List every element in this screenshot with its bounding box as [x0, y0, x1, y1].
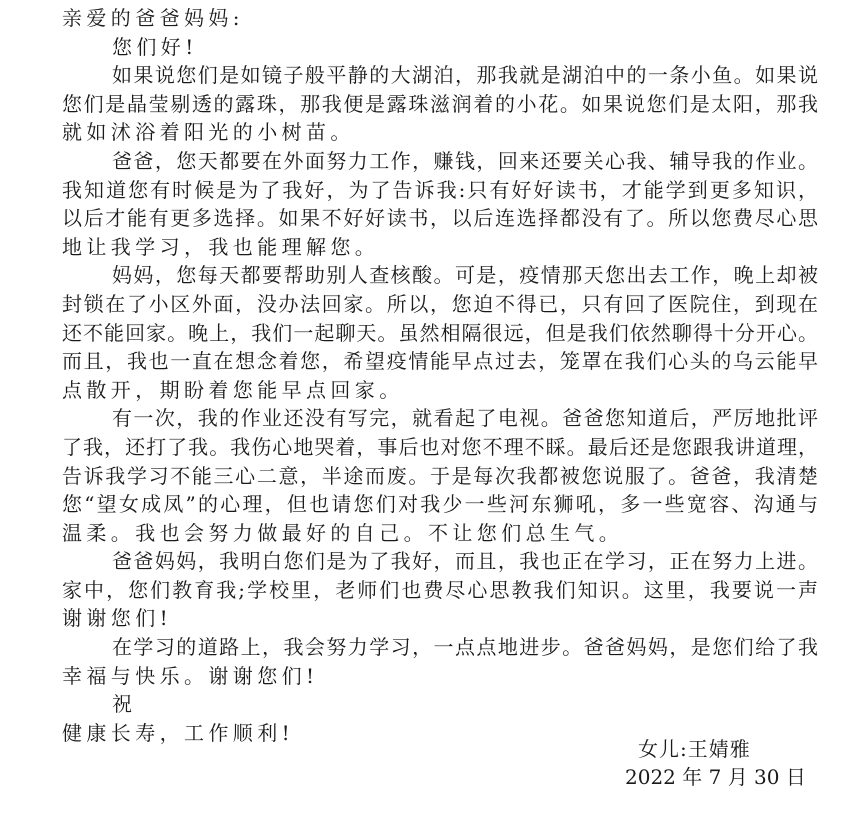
paragraph-line: 您们是晶莹剔透的露珠，那我便是露珠滋润着的小花。如果说您们是太阳，那我 — [62, 90, 818, 119]
paragraph-5: 爸爸妈妈，我明白您们是为了我好，而且，我也正在学习，正在努力上进。 家中，您们教… — [62, 547, 818, 633]
paragraph-line: 就如沭浴着阳光的小树苗。 — [62, 118, 818, 147]
paragraph-line: 爸爸，您天都要在外面努力工作，赚钱，回来还要关心我、辅导我的作业。 — [62, 147, 818, 176]
paragraph-line: 还不能回家。晚上，我们一起聊天。虽然相隔很远，但是我们依然聊得十分开心。 — [62, 319, 818, 348]
paragraph-line: 地让我学习，我也能理解您。 — [62, 233, 818, 262]
paragraph-line: 以后才能有更多选择。如果不好好读书，以后连选择都没有了。所以您费尽心思 — [62, 204, 818, 233]
paragraph-line: 在学习的道路上，我会努力学习，一点点地进步。爸爸妈妈，是您们给了我 — [62, 633, 818, 662]
closing-wish: 祝 — [62, 690, 818, 719]
paragraph-line: 妈妈，您每天都要帮助别人查核酸。可是，疫情那天您出去工作，晚上却被 — [62, 261, 818, 290]
letter-date: 2022 年 7 月 30 日 — [625, 763, 806, 791]
paragraph-line: 我知道您有时候是为了我好，为了告诉我:只有好好读书，才能学到更多知识， — [62, 176, 818, 205]
paragraph-3: 妈妈，您每天都要帮助别人查核酸。可是，疫情那天您出去工作，晚上却被 封锁在了小区… — [62, 261, 818, 404]
paragraph-2: 爸爸，您天都要在外面努力工作，赚钱，回来还要关心我、辅导我的作业。 我知道您有时… — [62, 147, 818, 261]
letter-body: 亲爱的爸爸妈妈: 您们好! 如果说您们是如镜子般平静的大湖泊，那我就是湖泊中的一… — [62, 4, 818, 747]
paragraph-line: 告诉我学习不能三心二意，半途而废。于是每次我都被您说服了。爸爸，我清楚 — [62, 462, 818, 491]
paragraph-line: 如果说您们是如镜子般平静的大湖泊，那我就是湖泊中的一条小鱼。如果说 — [62, 61, 818, 90]
paragraph-line: 点散开，期盼着您能早点回家。 — [62, 376, 818, 405]
paragraph-line: 谢谢您们! — [62, 604, 818, 633]
paragraph-line: 了我，还打了我。我伤心地哭着，事后也对您不理不睬。最后还是您跟我讲道理， — [62, 433, 818, 462]
salutation: 亲爱的爸爸妈妈: — [62, 4, 818, 33]
paragraph-line: 温柔。我也会努力做最好的自己。不让您们总生气。 — [62, 519, 818, 548]
paragraph-line: 封锁在了小区外面，没办法回家。所以，您迫不得已，只有回了医院住，到现在 — [62, 290, 818, 319]
signature: 女儿:王婧雅 — [638, 735, 751, 763]
paragraph-line: 有一次，我的作业还没有写完，就看起了电视。爸爸您知道后，严厉地批评 — [62, 404, 818, 433]
paragraph-line: 幸福与快乐。谢谢您们! — [62, 662, 818, 691]
paragraph-line: 爸爸妈妈，我明白您们是为了我好，而且，我也正在学习，正在努力上进。 — [62, 547, 818, 576]
paragraph-line: 家中，您们教育我;学校里，老师们也费尽心思教我们知识。这里，我要说一声 — [62, 576, 818, 605]
paragraph-line: 而且，我也一直在想念着您，希望疫情能早点过去，笼罩在我们心头的乌云能早 — [62, 347, 818, 376]
paragraph-1: 如果说您们是如镜子般平静的大湖泊，那我就是湖泊中的一条小鱼。如果说 您们是晶莹剔… — [62, 61, 818, 147]
paragraph-6: 在学习的道路上，我会努力学习，一点点地进步。爸爸妈妈，是您们给了我 幸福与快乐。… — [62, 633, 818, 690]
paragraph-line: 您“望女成凤”的心理，但也请您们对我少一些河东狮吼，多一些宽容、沟通与 — [62, 490, 818, 519]
paragraph-4: 有一次，我的作业还没有写完，就看起了电视。爸爸您知道后，严厉地批评 了我，还打了… — [62, 404, 818, 547]
greeting: 您们好! — [62, 33, 818, 62]
